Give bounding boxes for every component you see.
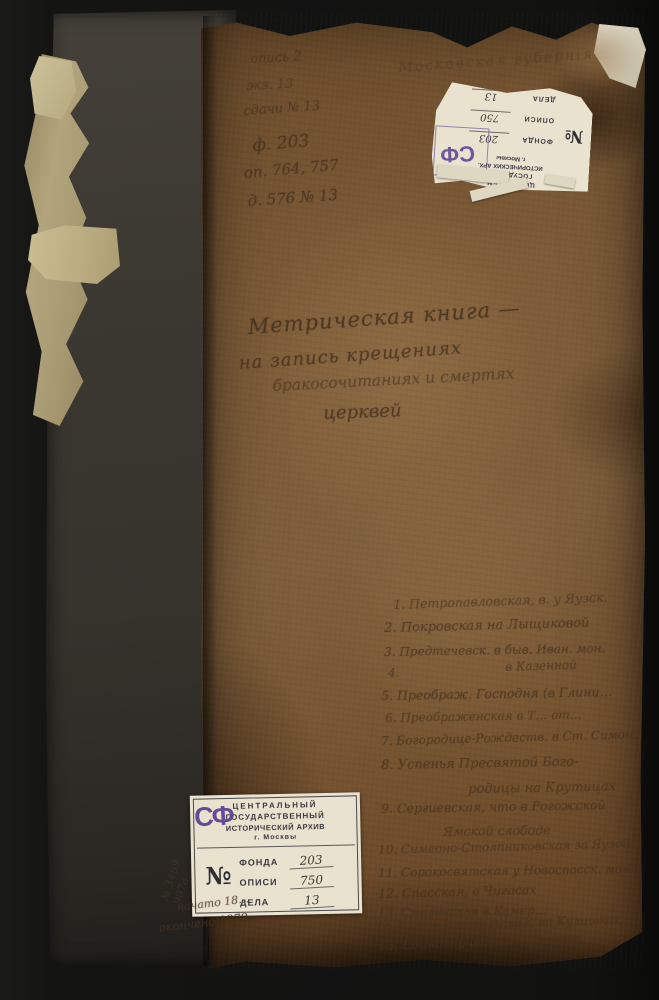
church-list-line: 4.: [388, 666, 399, 680]
delo-label: ДЕЛА: [515, 93, 555, 102]
opis-row: ОПИСИ 750: [239, 871, 334, 891]
label-number-sign: №: [564, 125, 584, 146]
fs-stamp: СФ: [439, 140, 475, 167]
book-title-line-4: церквей: [323, 400, 402, 424]
delo-row: ДЕЛА 13: [240, 891, 335, 911]
church-list-line: Ямской слободе: [443, 822, 551, 839]
fond-label: ФОНДА: [513, 135, 553, 144]
pencil-note-ekz: экз. 13: [246, 77, 294, 94]
opis-label: ОПИСИ: [239, 877, 285, 888]
opis-label: ОПИСИ: [514, 114, 554, 123]
church-list-line: в Казенной: [505, 657, 577, 673]
fond-value: 203: [289, 852, 334, 869]
opis-value: 750: [290, 872, 335, 889]
fond-label: ФОНДА: [239, 857, 285, 868]
pencil-note-opis: опись 2: [250, 49, 302, 67]
delo-value: 13: [290, 892, 335, 909]
church-list-line: родицы на Крутицах: [468, 779, 616, 797]
fond-row: ФОНДА 203: [239, 851, 334, 871]
opis-value: 750: [469, 109, 510, 123]
sf-stamp: СФ: [193, 800, 233, 833]
label-number-sign: №: [205, 861, 232, 891]
label-rows: ФОНДА 203 ОПИСИ 750 ДЕЛА 13: [239, 851, 335, 911]
